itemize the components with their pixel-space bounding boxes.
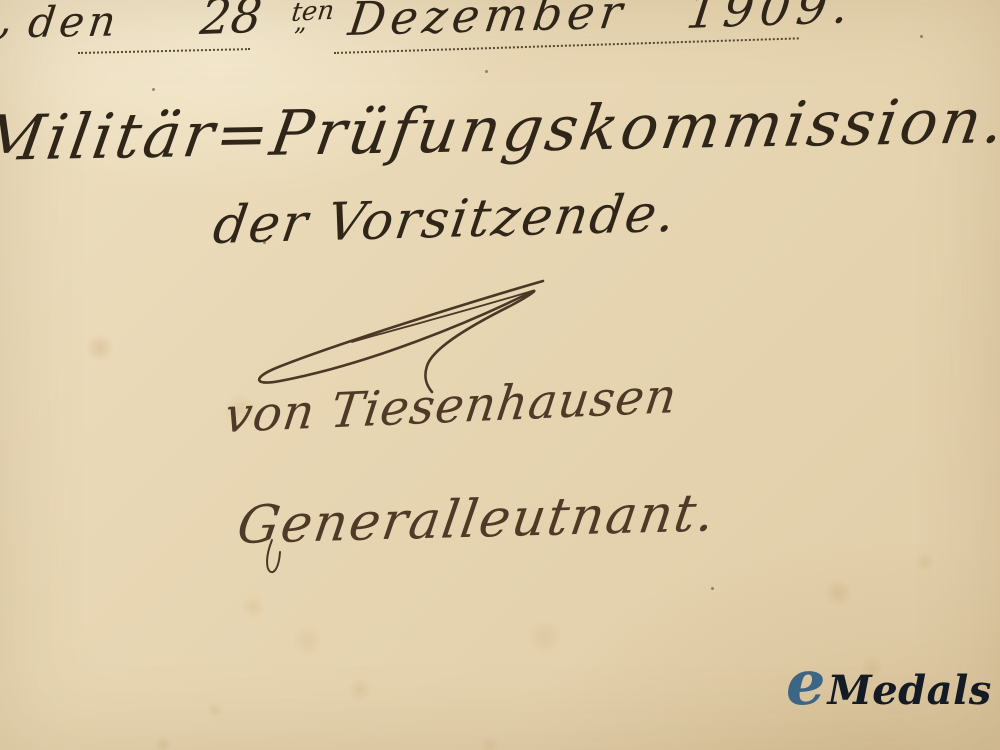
role-line: der Vorsitzende. [210,188,681,252]
paper-stain [480,735,500,750]
paper-speck [152,88,155,91]
paper-stain [155,737,171,750]
paper-stain [86,334,114,362]
emedals-logo-text: Medals [827,671,991,711]
dotted-underline-left [78,48,250,54]
emedals-watermark: e Medals [786,652,992,714]
document-photo: , den 28 ten „ Dezember 1909. Militär=Pr… [0,0,1000,750]
date-month: Dezember [346,0,630,42]
paper-stain [915,552,935,572]
signature-rank: Generalleutnant. [234,487,720,552]
commission-line: Militär=Prüfungskommission. [0,90,1000,170]
paper-stain [241,595,265,619]
paper-stain [348,678,372,702]
paper-speck [711,587,714,590]
paper-speck [485,70,488,73]
date-leading-comma: , [0,0,11,40]
date-day: 28 [198,0,264,42]
paper-stain [527,619,563,655]
emedals-logo-e: e [786,652,825,714]
paper-stain [823,578,853,608]
date-word-den: den [26,0,122,44]
date-year: 1909. [684,0,857,36]
date-day-suffix-underline-mark: „ [294,10,306,34]
paper-speck [920,35,923,38]
paper-stain [207,702,223,718]
signature-name: von Tiesenhausen [222,372,680,440]
paper-stain [291,625,323,657]
